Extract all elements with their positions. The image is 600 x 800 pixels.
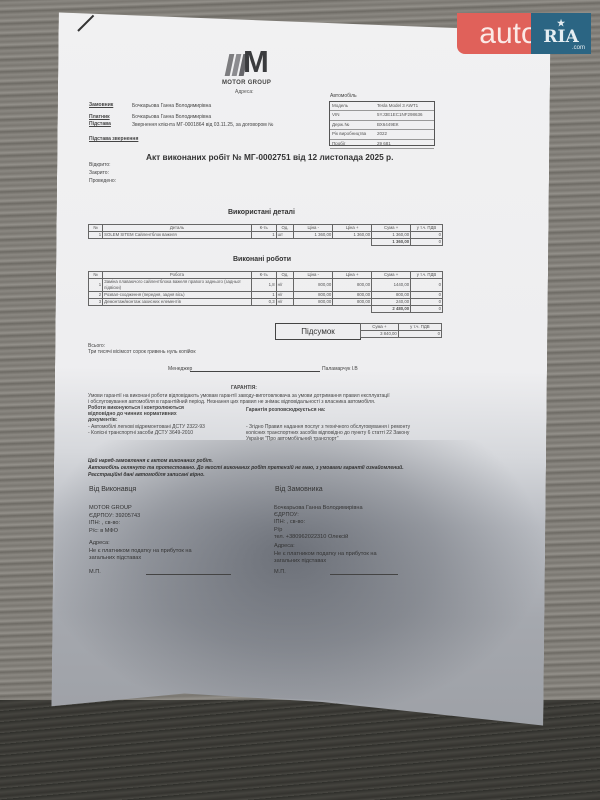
document-title: Акт виконаних робіт № МГ-0002751 від 12 … — [146, 152, 393, 162]
car-title: Автомобіль — [330, 93, 357, 99]
table-cell: 1 360,00 — [294, 232, 333, 239]
car-info-value: Tesla Model 3 AWT1 — [377, 102, 418, 110]
car-info-value: 5YJ3E1EC1NF298636 — [377, 111, 423, 119]
table-cell: 0,3 — [251, 299, 276, 306]
table-cell: н/г — [276, 292, 294, 299]
warranty-title: ГАРАНТІЯ: — [231, 385, 257, 391]
detail-line: MOTOR GROUP — [89, 505, 140, 513]
parts-title: Використані деталі — [228, 209, 295, 216]
total-sum: 2 480,00 — [372, 306, 411, 313]
column-header: № — [89, 272, 103, 279]
notice-line-3: Реєстраційні дані автомобіля записані ві… — [88, 472, 205, 478]
table-cell: 0 — [411, 279, 443, 292]
detail-line: ІПН: , св-во: — [89, 520, 140, 528]
table-cell: 1,8 — [251, 279, 276, 292]
table-cell: 800,00 — [333, 279, 372, 292]
executor-stamp: М.П. — [89, 569, 101, 577]
total-vat: 0 — [411, 306, 443, 313]
detail-line: Бочкарьова Ганна Володимирівна — [274, 505, 363, 512]
detail-line: ЄДРПОУ: 39205743 — [89, 513, 140, 521]
table-cell: 0 — [411, 232, 443, 239]
table-cell: 1 — [89, 279, 103, 292]
table-cell: SOLEM SITEM Сайлентблок важеля — [103, 232, 252, 239]
table-cell: 0 — [411, 292, 443, 299]
detail-line: загальних підставах — [274, 558, 377, 566]
table-cell: 800,00 — [372, 292, 411, 299]
table-row: 1SOLEM SITEM Сайлентблок важеля1шт1 360,… — [89, 232, 443, 239]
table-row: 2Розвал-сходження (передня, задня вісь)1… — [89, 292, 443, 299]
customer-value: Бочкарьова Ганна Володимирівна — [132, 103, 211, 109]
column-header: Од. — [276, 225, 294, 232]
car-info-row: МодельTesla Model 3 AWT1 — [330, 102, 434, 111]
works-title: Виконані роботи — [233, 256, 291, 263]
logo-address: Адреса: — [235, 89, 253, 95]
column-header: Ціна - — [294, 225, 333, 232]
column-header: К-ть — [251, 272, 276, 279]
total-row: 2 480,000 — [89, 306, 443, 313]
executor-signature-line — [146, 574, 231, 575]
table-cell: 2 — [89, 292, 103, 299]
table-cell: 1 360,00 — [333, 232, 372, 239]
detail-line: тел. +380962022310 Олексій — [274, 534, 363, 541]
table-cell: 0 — [411, 299, 443, 306]
opened-label: Відкрито: — [89, 162, 111, 168]
notice-line-1: Цей наряд-замовлення є актом виконаних р… — [88, 458, 213, 464]
warranty-right-text: - Згідно Правил надання послуг з технічн… — [246, 424, 426, 442]
manager-signature-line — [190, 371, 320, 372]
appeal-basis-label: Підстава звернення — [89, 136, 138, 142]
table-cell: 800,00 — [333, 299, 372, 306]
executor-details: MOTOR GROUPЄДРПОУ: 39205743ІПН: , св-во:… — [89, 505, 140, 535]
customer-heading: Від Замовника — [275, 486, 323, 493]
table-cell: 1 — [251, 292, 276, 299]
table-cell: 1 — [251, 232, 276, 239]
customer-address: Адреса:Не є платником податку на прибуто… — [274, 543, 377, 566]
column-header: Робота — [103, 272, 252, 279]
table-cell: 800,00 — [333, 292, 372, 299]
act-document: M MOTOR GROUP Адреса: Замовник Бочкарьов… — [0, 0, 600, 800]
payer-label: Платник — [89, 114, 110, 120]
table-cell: 800,00 — [294, 299, 333, 306]
car-info-value: ВХ6449ЕК — [377, 121, 398, 129]
logo-text: MOTOR GROUP — [222, 80, 271, 86]
column-header: Сума + — [372, 225, 411, 232]
total-vat: 0 — [411, 239, 443, 246]
table-cell: 800,00 — [294, 279, 333, 292]
warranty-left-head: Роботи виконуються і контролюються відпо… — [88, 405, 198, 423]
detail-line: Адреса: — [274, 543, 377, 551]
basis-value: Звернення клієнта МГ-0001864 від 03.11.2… — [132, 122, 273, 128]
table-cell: н/г — [276, 299, 294, 306]
table-cell: 1440,00 — [372, 279, 411, 292]
car-info-box: МодельTesla Model 3 AWT1VIN5YJ3E1EC1NF29… — [329, 101, 435, 146]
detail-line: ІПН: , св-во: — [274, 519, 363, 526]
table-cell: 240,00 — [372, 299, 411, 306]
executor-heading: Від Виконавця — [89, 486, 136, 493]
car-info-label: VIN — [330, 111, 377, 119]
column-header: № — [89, 225, 103, 232]
customer-stamp: М.П. — [274, 569, 286, 577]
customer-signature-line — [330, 574, 398, 575]
table-cell: н/г — [276, 279, 294, 292]
column-header: Ціна + — [333, 272, 372, 279]
detail-line: Р/р — [274, 527, 363, 534]
notice-line-2: Автомобіль оглянуто та протестовано. До … — [88, 465, 404, 471]
detail-line: Не є платником податку на прибуток на — [89, 548, 192, 556]
detail-line: Не є платником податку на прибуток на — [274, 551, 377, 559]
table-cell: 800,00 — [294, 292, 333, 299]
column-header: Ціна - — [294, 272, 333, 279]
warranty-left-item-2: - Колісні транспортні засоби ДСТУ 3649-2… — [88, 430, 193, 436]
summary-label: Підсумок — [275, 323, 361, 340]
closed-label: Закрито: — [89, 170, 109, 176]
column-header: Од. — [276, 272, 294, 279]
basis-label: Підстава — [89, 121, 111, 127]
manager-label: Менеджер — [168, 366, 192, 372]
column-header: К-ть — [251, 225, 276, 232]
works-table: №РоботаК-тьОд.Ціна -Ціна +Сума +у т.ч. П… — [88, 271, 443, 313]
detail-line: Р/с: в МФО — [89, 528, 140, 536]
car-info-label: Рік виробництва — [330, 130, 377, 138]
detail-line: Адреса: — [89, 540, 192, 548]
parts-table: №ДетальК-тьОд.Ціна -Ціна +Сума +у т.ч. П… — [88, 224, 443, 246]
summary-sum: 3 840,00 — [361, 331, 399, 338]
conducted-label: Проведено: — [89, 178, 116, 184]
payer-value: Бочкарьова Ганна Володимирівна — [132, 114, 211, 120]
summary-vat: 0 — [398, 331, 441, 338]
column-header: Сума + — [372, 272, 411, 279]
executor-address: Адреса:Не є платником податку на прибуто… — [89, 540, 192, 563]
summary-sum-header: Сума + — [361, 324, 399, 331]
detail-line: ЄДРПОУ: — [274, 512, 363, 519]
table-cell: 3 — [89, 299, 103, 306]
total-sum: 1 360,00 — [372, 239, 411, 246]
customer-details: Бочкарьова Ганна ВолодимирівнаЄДРПОУ:ІПН… — [274, 505, 363, 541]
column-header: у т.ч. ПДВ — [411, 272, 443, 279]
car-info-row: Рік виробництва2022 — [330, 130, 434, 139]
car-info-value: 2022 — [377, 130, 387, 138]
table-row: 1Заміна плаваючого сайлентблока важеля п… — [89, 279, 443, 292]
car-info-value: 29 681 — [377, 140, 391, 148]
summary-block: Підсумок Сума +у т.ч. ПДВ 3 840,000 — [275, 323, 442, 339]
table-cell: Демонтаж/монтаж захисних елементів — [103, 299, 252, 306]
column-header: у т.ч. ПДВ — [411, 225, 443, 232]
car-info-label: Пробіг — [330, 140, 377, 148]
column-header: Ціна + — [333, 225, 372, 232]
car-info-label: Держ.№ — [330, 121, 377, 129]
total-row: 1 360,000 — [89, 239, 443, 246]
manager-name: Паламарчук І.В — [322, 366, 358, 372]
detail-line: загальних підставах — [89, 555, 192, 563]
total-words: Три тисячі вісімсот сорок гривень нуль к… — [88, 349, 196, 355]
car-info-row: VIN5YJ3E1EC1NF298636 — [330, 111, 434, 120]
car-info-label: Модель — [330, 102, 377, 110]
table-cell: 1 360,00 — [372, 232, 411, 239]
table-cell: Розвал-сходження (передня, задня вісь) — [103, 292, 252, 299]
table-cell: Заміна плаваючого сайлентблока важеля пр… — [103, 279, 252, 292]
column-header: Деталь — [103, 225, 252, 232]
warranty-right-head: Гарантія розповсюджується на: — [246, 407, 325, 413]
motor-group-logo-icon: M — [225, 50, 277, 76]
table-row: 3Демонтаж/монтаж захисних елементів0,3н/… — [89, 299, 443, 306]
summary-vat-header: у т.ч. ПДВ — [398, 324, 441, 331]
customer-label: Замовник — [89, 102, 113, 108]
table-cell: шт — [276, 232, 294, 239]
car-info-row: Держ.№ВХ6449ЕК — [330, 121, 434, 130]
summary-table: Сума +у т.ч. ПДВ 3 840,000 — [360, 323, 442, 338]
car-info-row: Пробіг29 681 — [330, 140, 434, 149]
table-cell: 1 — [89, 232, 103, 239]
